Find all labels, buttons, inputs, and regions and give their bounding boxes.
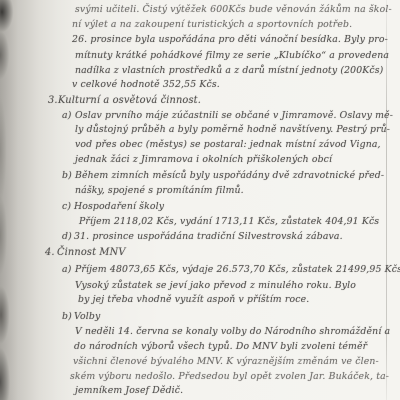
handwritten-line: mítnuty krátké pohádkové filmy ze serie … — [75, 50, 389, 62]
scanned-page: svými učiteli. Čistý výtěžek 600Kčs bude… — [0, 0, 400, 400]
handwritten-line: Příjem 2118,02 Kčs, vydání 1713,11 Kčs, … — [79, 216, 379, 228]
section4-heading: Činnost MNV — [57, 247, 126, 259]
handwritten-line: ském výboru nedošlo. Předsedou byl opět … — [70, 371, 389, 383]
handwritten-line: Hospodaření školy — [74, 201, 164, 213]
handwritten-line: vod přes obec (městys) se postaral: jedn… — [75, 139, 381, 151]
item-marker: d) — [62, 231, 72, 243]
binding-shadow — [0, 0, 80, 400]
handwritten-line: 31. prosince uspořádána tradiční Silvest… — [74, 231, 343, 243]
handwritten-line: nášky, spojené s promítáním filmů. — [75, 185, 244, 197]
handwritten-line: ly důstojný průběh a byly poměrně hodně … — [75, 124, 390, 136]
handwritten-line: všichni členové bývalého MNV. K výrazněj… — [73, 356, 379, 368]
handwritten-line: Oslav prvního máje zúčastnili se občané … — [75, 110, 393, 122]
handwritten-line: Volby — [74, 311, 100, 323]
handwritten-line: 26. prosince byla uspořádána pro děti vá… — [72, 34, 388, 46]
item-marker: b) — [62, 170, 72, 182]
handwritten-line: Vysoký zůstatek se jeví jako převod z mi… — [75, 280, 356, 292]
handwritten-line: do národních výborů všech typů. Do MNV b… — [74, 341, 367, 353]
handwritten-line: Během zimních měsíců byly uspořádány dvě… — [75, 170, 384, 182]
item-marker: a) — [62, 264, 71, 276]
handwritten-line: Příjem 48073,65 Kčs, výdaje 26.573,70 Kč… — [75, 264, 400, 276]
handwritten-line: nadílka z vlastních prostředků a z darů … — [75, 65, 383, 77]
item-marker: a) — [62, 110, 71, 122]
item-marker: b) — [62, 311, 72, 323]
item-marker: c) — [62, 201, 71, 213]
handwritten-line: jemníkem Josef Dědič. — [75, 385, 183, 397]
handwritten-line: jednak žáci z Jimramova i okolních přišk… — [75, 154, 332, 166]
section3-number: 3. — [48, 95, 58, 107]
section3-heading: Kulturní a osvětová činnost. — [58, 95, 201, 107]
handwritten-line: v celkové hodnotě 352,55 Kčs. — [72, 79, 220, 91]
handwritten-line: V neděli 14. června se konaly volby do N… — [75, 326, 390, 338]
handwritten-line: by jej třeba vhodně využít aspoň v příšt… — [78, 294, 309, 306]
handwritten-line: svými učiteli. Čistý výtěžek 600Kčs bude… — [75, 4, 392, 16]
section4-number: 4. — [45, 247, 55, 259]
handwritten-line: ní výlet a na zakoupení turistických a s… — [72, 19, 352, 31]
